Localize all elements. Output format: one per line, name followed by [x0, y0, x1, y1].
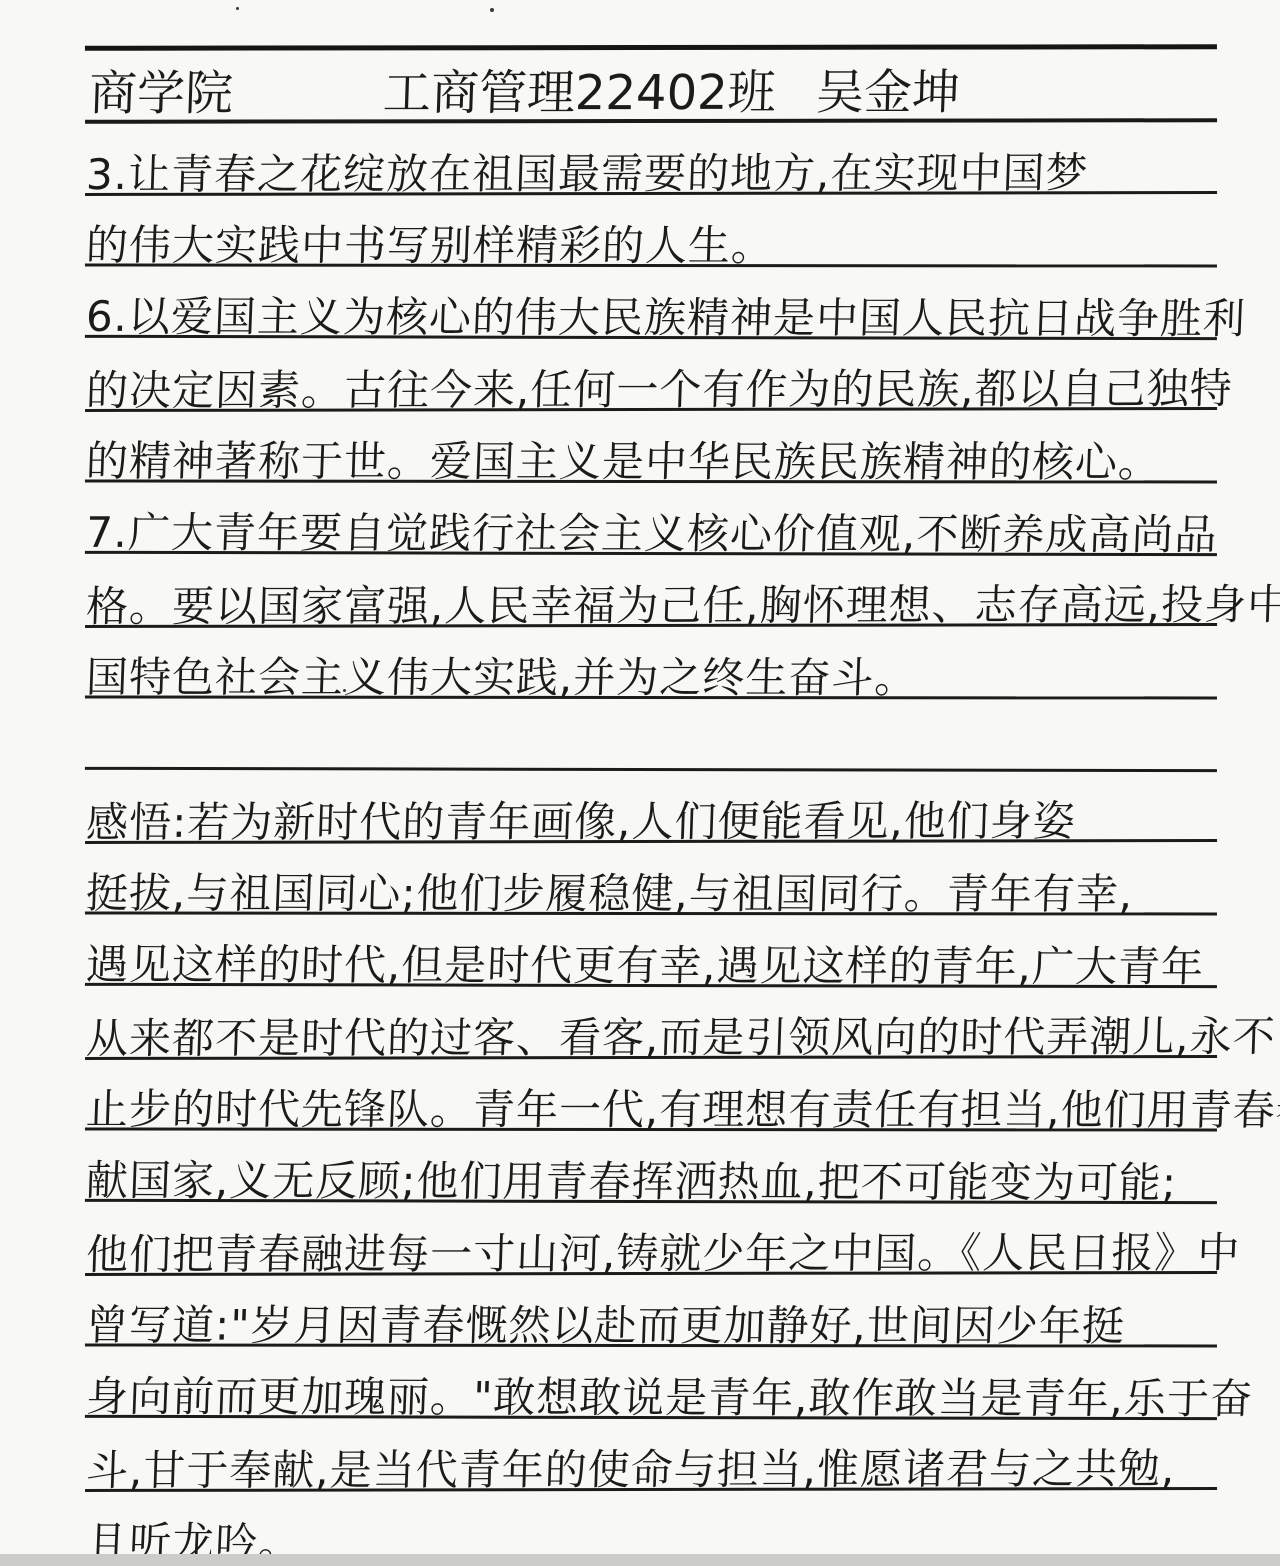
scanner-edge-band — [0, 1554, 1280, 1566]
handwritten-line: 挺拔,与祖国同心;他们步履稳健,与祖国同行。青年有幸, — [85, 843, 1217, 916]
handwritten-line: 曾写道:"岁月因青春慨然以赴而更加静好,世间因少年挺 — [85, 1275, 1217, 1348]
handwritten-body: 3.让青春之花绽放在祖国最需要的地方,在实现中国梦 的伟大实践中书写别样精彩的人… — [85, 123, 1217, 1563]
handwritten-text: 斗,甘于奉献,是当代青年的使命与担当,惟愿诸君与之共勉, — [85, 1444, 1176, 1496]
handwritten-line: 格。要以国家富强,人民幸福为己任,胸怀理想、志存高远,投身中 — [85, 554, 1217, 628]
handwritten-line: 6.以爱国主义为核心的伟大民族精神是中国人民抗日战争胜利 — [85, 266, 1217, 340]
handwritten-line: 他们把青春融进每一寸山河,铸就少年之中国。《人民日报》中 — [85, 1202, 1217, 1276]
handwritten-text: 止步的时代先锋队。青年一代,有理想有责任有担当,他们用青春奉 — [85, 1084, 1280, 1135]
handwritten-text: 献国家,义无反顾;他们用青春挥洒热血,把不可能变为可能; — [85, 1155, 1178, 1208]
handwritten-text: 的伟大实践中书写别样精彩的人生。 — [85, 220, 775, 271]
ruled-line-blank — [85, 698, 1217, 772]
handwritten-line: 3.让青春之花绽放在祖国最需要的地方,在实现中国梦 — [85, 122, 1217, 196]
handwritten-line: 遇见这样的时代,但是时代更有幸,遇见这样的青年,广大青年 — [85, 914, 1217, 988]
handwritten-line: 身向前而更加瑰丽。"敢想敢说是青年,敢作敢当是青年,乐于奋 — [85, 1346, 1217, 1420]
handwritten-text: 6.以爱国主义为核心的伟大民族精神是中国人民抗日战争胜利 — [85, 291, 1247, 344]
handwritten-text: 他们把青春融进每一寸山河,铸就少年之中国。《人民日报》中 — [85, 1228, 1241, 1280]
scanned-notes-page: 商学院 工商管理22402班 吴金坤 3.让青春之花绽放在祖国最需要的地方,在实… — [0, 0, 1280, 1566]
handwritten-text: 国特色社会主义伟大实践,并为之终生奋斗。 — [85, 652, 918, 703]
handwritten-text: 的决定因素。古往今来,任何一个有作为的民族,都以自己独特 — [85, 364, 1233, 416]
handwritten-text: 7.广大青年要自觉践行社会主义核心价值观,不断养成高尚品 — [85, 507, 1218, 560]
student-name: 吴金坤 — [815, 67, 961, 118]
scan-speck — [236, 7, 239, 10]
handwritten-line: 从来都不是时代的过客、看客,而是引领风向的时代弄潮儿,永不 — [85, 986, 1217, 1060]
handwritten-line: 国特色社会主义伟大实践,并为之终生奋斗。 — [85, 627, 1217, 700]
handwritten-text: 的精神著称于世。爱国主义是中华民族民族精神的核心。 — [85, 436, 1162, 487]
header-row: 商学院 工商管理22402班 吴金坤 — [85, 44, 1217, 124]
handwritten-line: 感悟:若为新时代的青年画像,人们便能看见,他们身姿 — [85, 770, 1217, 844]
ruled-sheet: 商学院 工商管理22402班 吴金坤 3.让青春之花绽放在祖国最需要的地方,在实… — [85, 45, 1217, 1563]
handwritten-text: 3.让青春之花绽放在祖国最需要的地方,在实现中国梦 — [85, 148, 1089, 200]
handwritten-text: 感悟:若为新时代的青年画像,人们便能看见,他们身姿 — [85, 796, 1077, 848]
handwritten-line: 的决定因素。古往今来,任何一个有作为的民族,都以自己独特 — [85, 338, 1217, 412]
handwritten-text: 曾写道:"岁月因青春慨然以赴而更加静好,世间因少年挺 — [85, 1300, 1126, 1351]
handwritten-line: 7.广大青年要自觉践行社会主义核心价值观,不断养成高尚品 — [85, 482, 1217, 556]
handwritten-text: 遇见这样的时代,但是时代更有幸,遇见这样的青年,广大青年 — [85, 939, 1205, 992]
handwritten-line: 献国家,义无反顾;他们用青春挥洒热血,把不可能变为可能; — [85, 1130, 1217, 1204]
handwritten-text: 从来都不是时代的过客、看客,而是引领风向的时代弄潮儿,永不 — [85, 1012, 1276, 1064]
handwritten-line: 的伟大实践中书写别样精彩的人生。 — [85, 195, 1217, 268]
handwritten-line: 止步的时代先锋队。青年一代,有理想有责任有担当,他们用青春奉 — [85, 1059, 1217, 1132]
handwritten-line: 的精神著称于世。爱国主义是中华民族民族精神的核心。 — [85, 411, 1217, 484]
handwritten-text: 身向前而更加瑰丽。"敢想敢说是青年,敢作敢当是青年,乐于奋 — [85, 1371, 1254, 1424]
handwritten-line: 斗,甘于奉献,是当代青年的使命与担当,惟愿诸君与之共勉, — [85, 1418, 1217, 1492]
class-name: 工商管理22402班 — [382, 67, 776, 118]
scan-speck — [490, 8, 494, 12]
handwritten-text: 挺拔,与祖国同心;他们步履稳健,与祖国同行。青年有幸, — [85, 868, 1134, 919]
college-name: 商学院 — [88, 68, 234, 119]
handwritten-text: 格。要以国家富强,人民幸福为己任,胸怀理想、志存高远,投身中 — [85, 579, 1280, 631]
